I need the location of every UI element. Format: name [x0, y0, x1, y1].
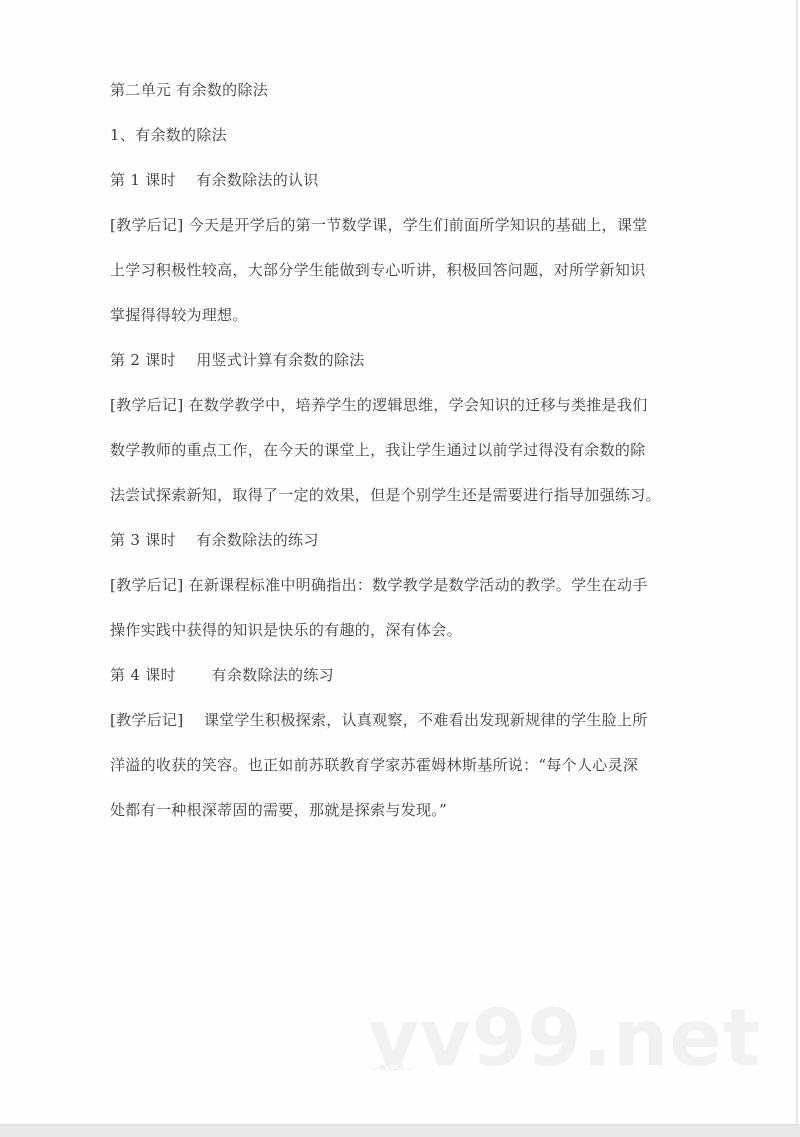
lesson-2-title: 第 2 课时 用竖式计算有余数的除法 [110, 338, 695, 383]
lesson-1-note: [教学后记] 今天是开学后的第一节数学课，学生们前面所学知识的基础上，课堂 上学… [110, 203, 695, 338]
lesson-4-note: [教学后记] 课堂学生积极探索，认真观察，不难看出发现新规律的学生脸上所 洋溢的… [110, 698, 695, 833]
watermark: vv99.net [368, 1000, 762, 1078]
lesson-1-title: 第 1 课时 有余数除法的认识 [110, 158, 695, 203]
page-bottom-edge [0, 1124, 800, 1137]
unit-title: 第二单元 有余数的除法 [110, 68, 695, 113]
note-line: 数学教师的重点工作，在今天的课堂上，我让学生通过以前学过得没有余数的除 [110, 428, 695, 473]
note-line: 上学习积极性较高，大部分学生能做到专心听讲，积极回答问题，对所学新知识 [110, 248, 695, 293]
lesson-2-note: [教学后记] 在数学教学中，培养学生的逻辑思维，学会知识的迁移与类推是我们 数学… [110, 383, 695, 518]
watermark-subtext: — 精品文档 — [372, 1063, 412, 1072]
note-line: [教学后记] 今天是开学后的第一节数学课，学生们前面所学知识的基础上，课堂 [110, 203, 695, 248]
note-line: 掌握得得较为理想。 [110, 293, 695, 338]
lesson-4-title: 第 4 课时 有余数除法的练习 [110, 653, 695, 698]
note-line: 处都有一种根深蒂固的需要，那就是探索与发现。” [110, 788, 695, 833]
lesson-3-title: 第 3 课时 有余数除法的练习 [110, 518, 695, 563]
note-line: 法尝试探索新知，取得了一定的效果，但是个别学生还是需要进行指导加强练习。 [110, 473, 695, 518]
section-title: 1、有余数的除法 [110, 113, 695, 158]
document-content: 第二单元 有余数的除法 1、有余数的除法 第 1 课时 有余数除法的认识 [教学… [110, 68, 695, 833]
note-line: 操作实践中获得的知识是快乐的有趣的，深有体会。 [110, 608, 695, 653]
document-page: 第二单元 有余数的除法 1、有余数的除法 第 1 课时 有余数除法的认识 [教学… [0, 0, 798, 1124]
note-line: [教学后记] 课堂学生积极探索，认真观察，不难看出发现新规律的学生脸上所 [110, 698, 695, 743]
lesson-3-note: [教学后记] 在新课程标准中明确指出：数学教学是数学活动的教学。学生在动手 操作… [110, 563, 695, 653]
note-line: [教学后记] 在新课程标准中明确指出：数学教学是数学活动的教学。学生在动手 [110, 563, 695, 608]
note-line: [教学后记] 在数学教学中，培养学生的逻辑思维，学会知识的迁移与类推是我们 [110, 383, 695, 428]
note-line: 洋溢的收获的笑容。也正如前苏联教育学家苏霍姆林斯基所说：“每个人心灵深 [110, 743, 695, 788]
